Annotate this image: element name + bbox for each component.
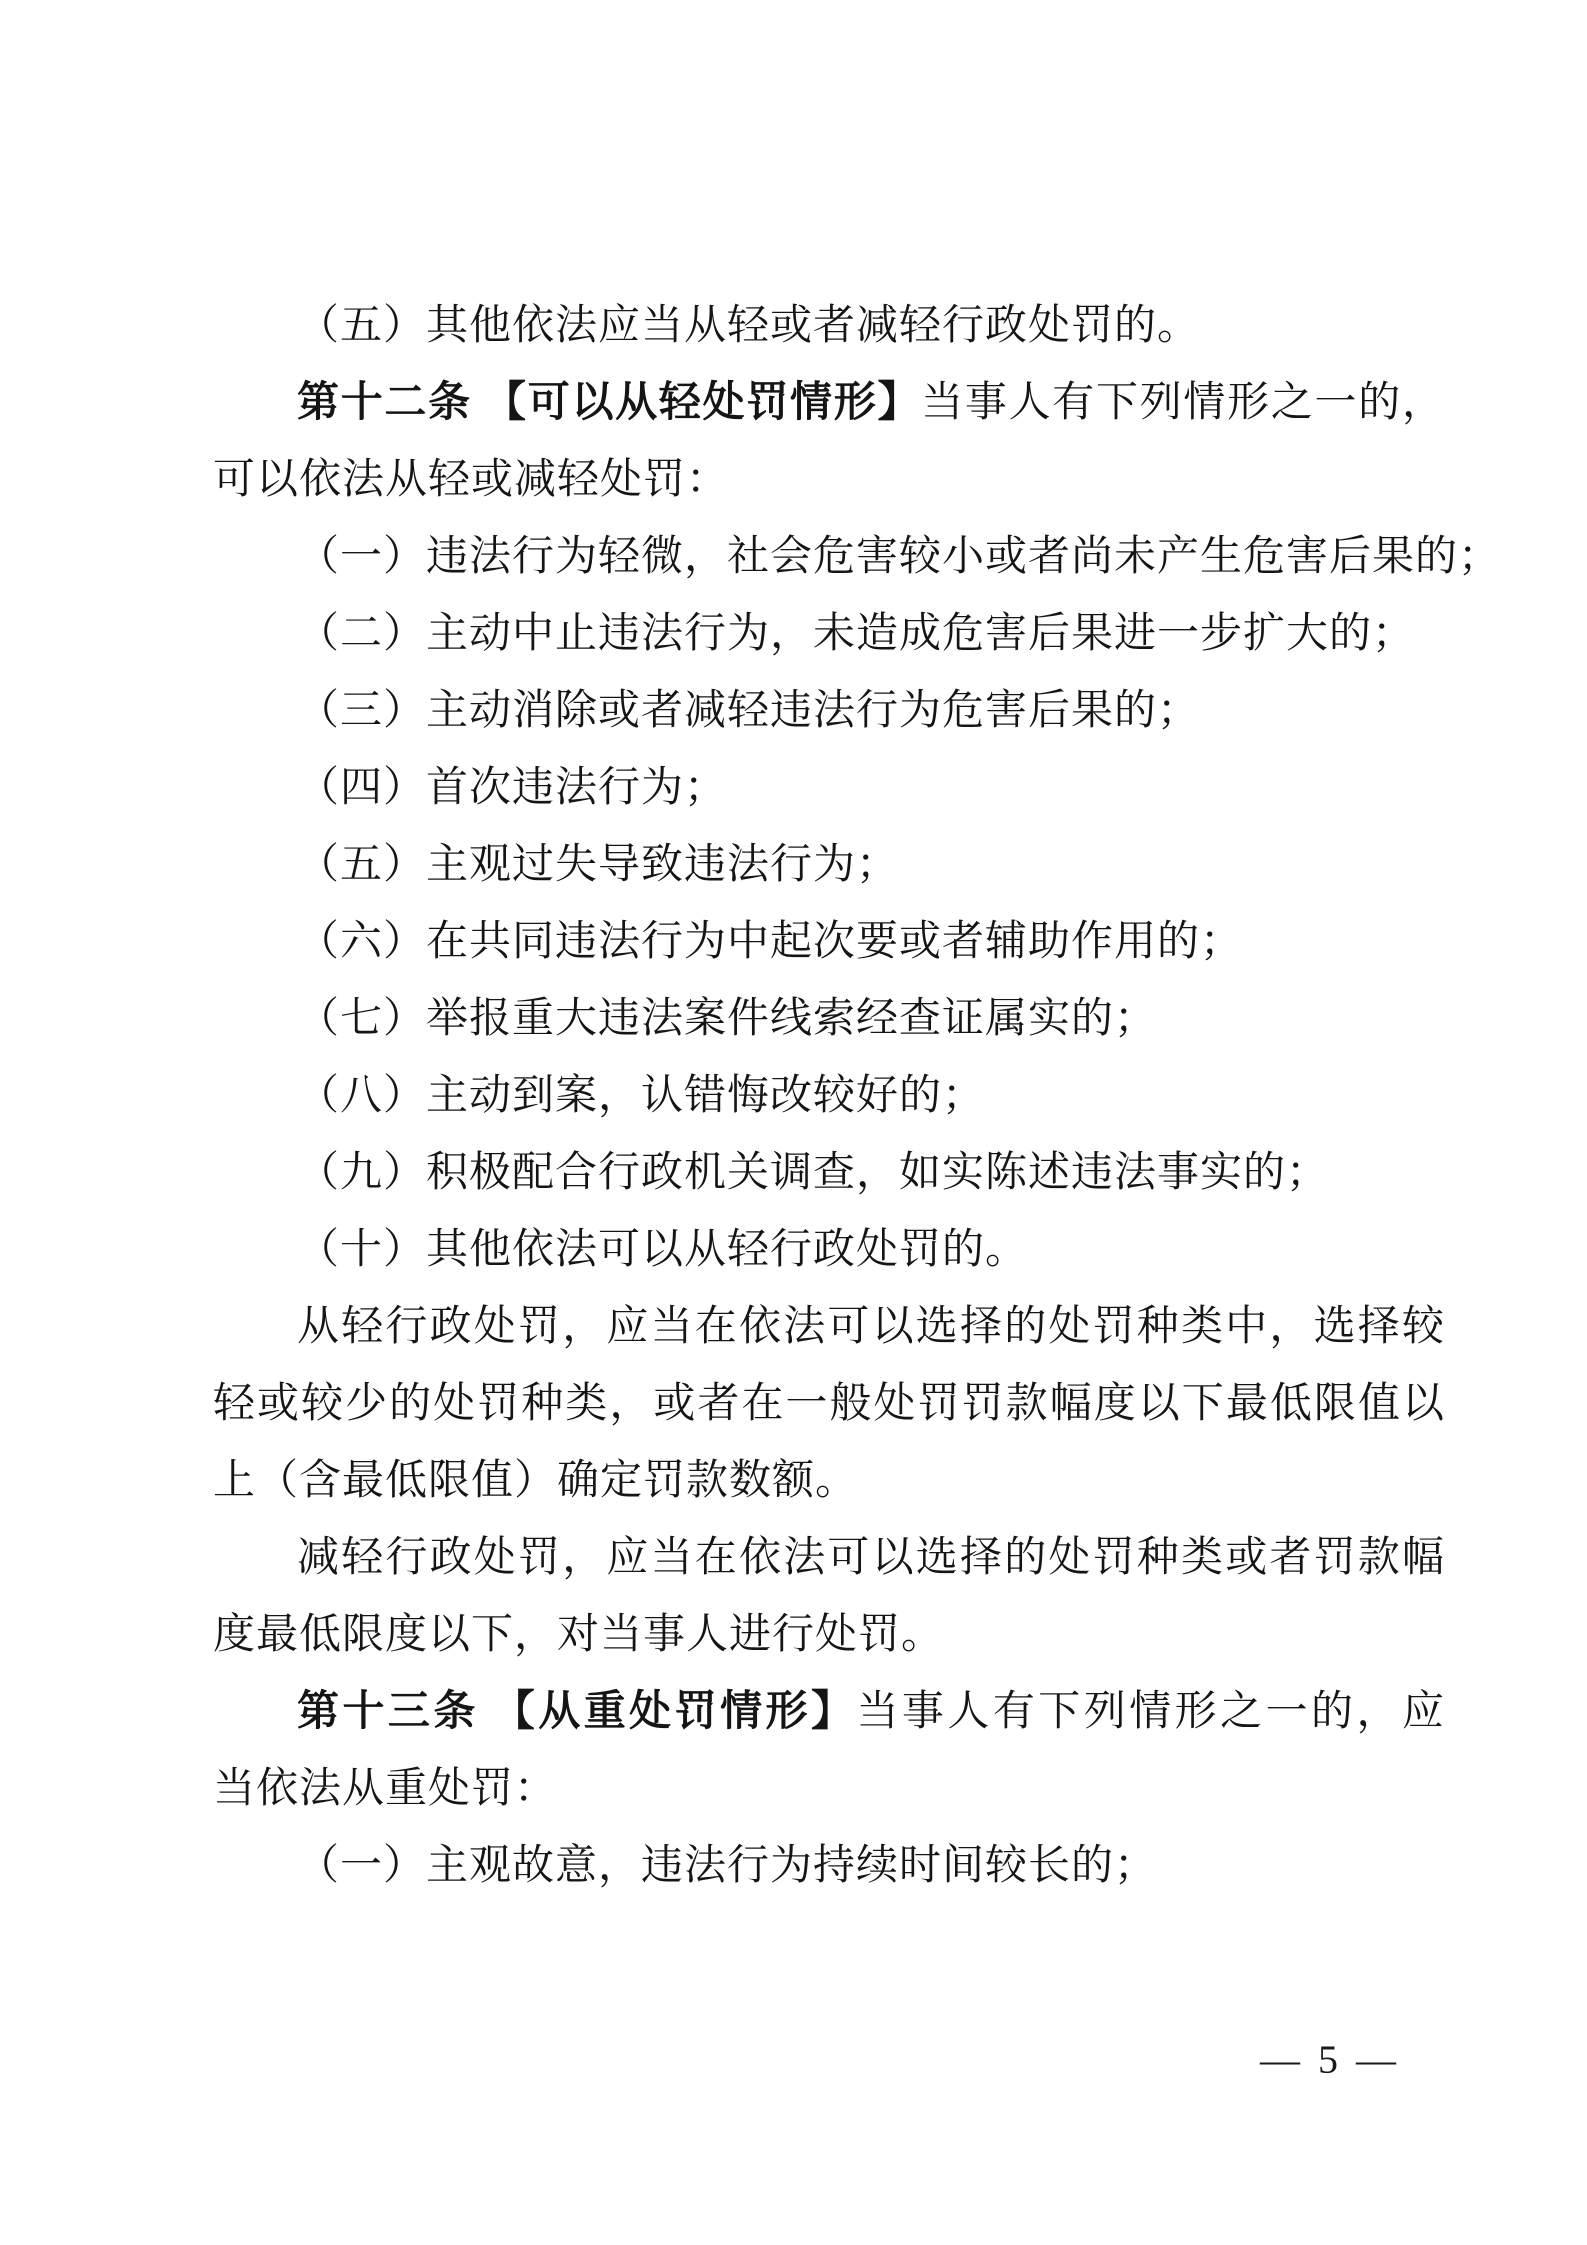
document-line: （八）主动到案，认错悔改较好的； bbox=[213, 1058, 1445, 1135]
text-segment: （四）首次违法行为； bbox=[297, 765, 727, 811]
text-segment: 减轻行政处罚，应当在依法可以选择的处罚种类或者罚款幅 bbox=[297, 1535, 1445, 1581]
text-segment: 度最低限度以下，对当事人进行处罚。 bbox=[213, 1612, 944, 1658]
document-line: （九）积极配合行政机关调查，如实陈述违法事实的； bbox=[213, 1135, 1445, 1212]
text-segment: 上（含最低限值）确定罚款数额。 bbox=[213, 1458, 858, 1504]
document-line: （五）主观过失导致违法行为； bbox=[213, 827, 1445, 904]
text-segment: （五）其他依法应当从轻或者减轻行政处罚的。 bbox=[297, 303, 1200, 349]
document-page: （五）其他依法应当从轻或者减轻行政处罚的。第十二条 【可以从轻处罚情形】当事人有… bbox=[0, 0, 1587, 2245]
document-line: 第十三条 【从重处罚情形】当事人有下列情形之一的，应 bbox=[213, 1674, 1445, 1751]
document-line: （四）首次违法行为； bbox=[213, 750, 1445, 827]
document-line: （一）主观故意，违法行为持续时间较长的； bbox=[213, 1828, 1445, 1905]
article-heading-segment: 第十二条 【可以从轻处罚情形】 bbox=[297, 380, 921, 426]
text-segment: 可以依法从轻或减轻处罚： bbox=[213, 457, 729, 503]
article-heading-segment: 第十三条 【从重处罚情形】 bbox=[297, 1689, 856, 1735]
text-segment: 当事人有下列情形之一的，应 bbox=[856, 1689, 1445, 1735]
page-number: — 5 — bbox=[1185, 2030, 1475, 2090]
document-body: （五）其他依法应当从轻或者减轻行政处罚的。第十二条 【可以从轻处罚情形】当事人有… bbox=[213, 288, 1445, 1905]
text-segment: （一）违法行为轻微，社会危害较小或者尚未产生危害后果的； bbox=[297, 534, 1501, 580]
document-line: （五）其他依法应当从轻或者减轻行政处罚的。 bbox=[213, 288, 1445, 365]
text-segment: （二）主动中止违法行为，未造成危害后果进一步扩大的； bbox=[297, 611, 1415, 657]
document-line: （六）在共同违法行为中起次要或者辅助作用的； bbox=[213, 904, 1445, 981]
text-segment: （八）主动到案，认错悔改较好的； bbox=[297, 1073, 985, 1119]
document-line: （二）主动中止违法行为，未造成危害后果进一步扩大的； bbox=[213, 596, 1445, 673]
text-segment: （七）举报重大违法案件线索经查证属实的； bbox=[297, 996, 1157, 1042]
document-line: （三）主动消除或者减轻违法行为危害后果的； bbox=[213, 673, 1445, 750]
document-line: 上（含最低限值）确定罚款数额。 bbox=[213, 1443, 1445, 1520]
document-line: （七）举报重大违法案件线索经查证属实的； bbox=[213, 981, 1445, 1058]
text-segment: （六）在共同违法行为中起次要或者辅助作用的； bbox=[297, 919, 1243, 965]
text-segment: 当事人有下列情形之一的， bbox=[921, 380, 1445, 426]
document-line: 可以依法从轻或减轻处罚： bbox=[213, 442, 1445, 519]
document-line: （十）其他依法可以从轻行政处罚的。 bbox=[213, 1212, 1445, 1289]
document-line: 第十二条 【可以从轻处罚情形】当事人有下列情形之一的， bbox=[213, 365, 1445, 442]
document-line: 度最低限度以下，对当事人进行处罚。 bbox=[213, 1597, 1445, 1674]
document-line: 从轻行政处罚，应当在依法可以选择的处罚种类中，选择较 bbox=[213, 1289, 1445, 1366]
text-segment: （三）主动消除或者减轻违法行为危害后果的； bbox=[297, 688, 1200, 734]
document-line: 轻或较少的处罚种类，或者在一般处罚罚款幅度以下最低限值以 bbox=[213, 1366, 1445, 1443]
document-line: 当依法从重处罚： bbox=[213, 1751, 1445, 1828]
text-segment: （九）积极配合行政机关调查，如实陈述违法事实的； bbox=[297, 1150, 1329, 1196]
text-segment: 当依法从重处罚： bbox=[213, 1766, 557, 1812]
document-line: （一）违法行为轻微，社会危害较小或者尚未产生危害后果的； bbox=[213, 519, 1445, 596]
text-segment: 轻或较少的处罚种类，或者在一般处罚罚款幅度以下最低限值以 bbox=[213, 1381, 1445, 1427]
text-segment: （十）其他依法可以从轻行政处罚的。 bbox=[297, 1227, 1028, 1273]
text-segment: （五）主观过失导致违法行为； bbox=[297, 842, 899, 888]
text-segment: （一）主观故意，违法行为持续时间较长的； bbox=[297, 1843, 1157, 1889]
text-segment: 从轻行政处罚，应当在依法可以选择的处罚种类中，选择较 bbox=[297, 1304, 1445, 1350]
document-line: 减轻行政处罚，应当在依法可以选择的处罚种类或者罚款幅 bbox=[213, 1520, 1445, 1597]
